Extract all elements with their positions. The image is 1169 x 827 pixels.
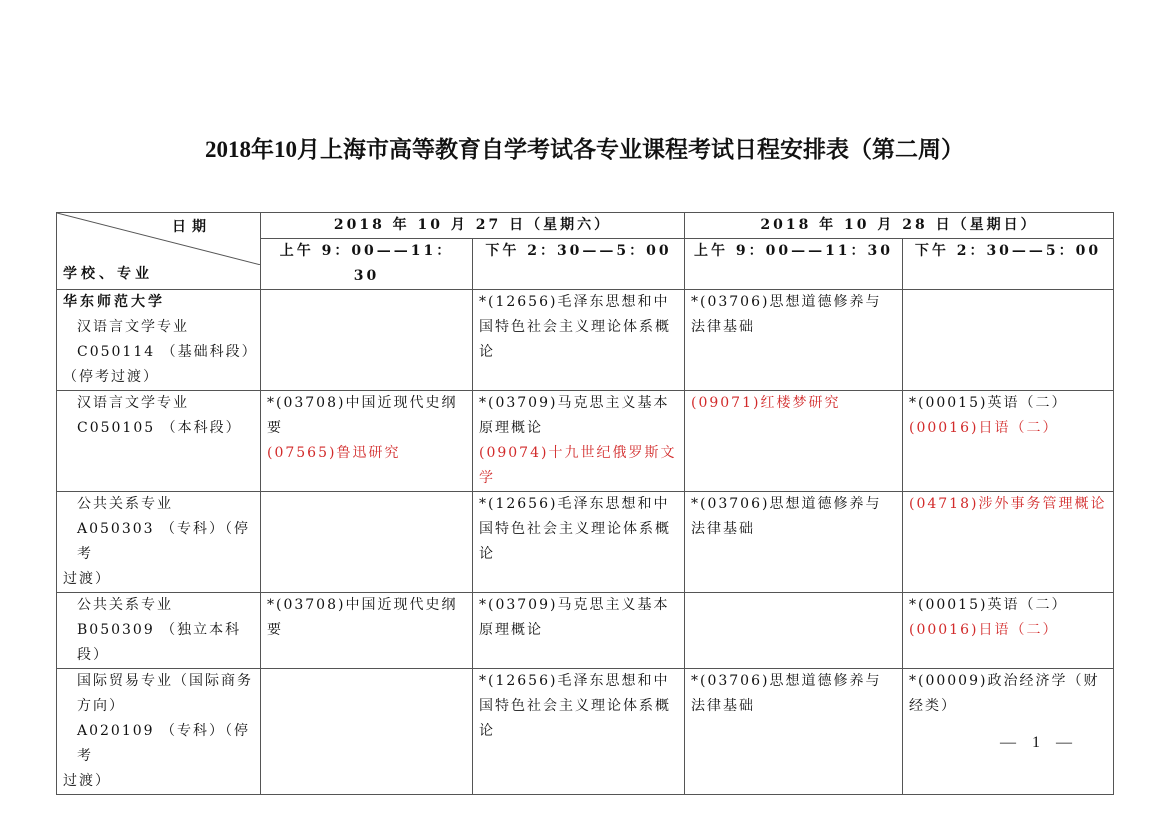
course-item: *(03706)思想道德修养与法律基础 [691,492,896,542]
course-item-new: (09071)红楼梦研究 [691,391,896,416]
table-row: 汉语言文学专业 C050105 （本科段） *(03708)中国近现代史纲要 (… [57,391,1114,492]
course-item-new: (04718)涉外事务管理概论 [909,492,1107,517]
course-item-new: (00016)日语（二） [909,416,1107,441]
school-name: 华东师范大学 [63,290,254,315]
table-row: 华东师范大学 汉语言文学专业 C050114 （基础科段） （停考过渡） *(1… [57,290,1114,391]
exam-cell: *(03708)中国近现代史纲要 [261,593,473,669]
major-cell: 汉语言文学专业 C050105 （本科段） [57,391,261,492]
major-line: 公共关系专业 [63,492,254,517]
exam-cell: *(03706)思想道德修养与法律基础 [685,290,903,391]
course-item: *(00015)英语（二） [909,593,1107,618]
major-line: 汉语言文学专业 [63,315,254,340]
exam-schedule-table: 日期 学校、专业 2018 年 10 月 27 日（星期六） 2018 年 10… [56,212,1114,795]
page-number: — 1 — [1000,734,1078,752]
course-item: *(03709)马克思主义基本原理概论 [479,391,678,441]
major-cell: 华东师范大学 汉语言文学专业 C050114 （基础科段） （停考过渡） [57,290,261,391]
course-item-new: (07565)鲁迅研究 [267,441,466,466]
major-line: B050309 （独立本科段） [63,618,254,668]
exam-cell: *(03709)马克思主义基本原理概论 (09074)十九世纪俄罗斯文学 [473,391,685,492]
exam-cell [261,669,473,795]
major-line: A020109 （专科）（停考 [63,719,254,769]
exam-cell: *(03706)思想道德修养与法律基础 [685,669,903,795]
exam-cell [685,593,903,669]
course-item: *(00009)政治经济学（财经类） [909,669,1107,719]
major-cell: 公共关系专业 A050303 （专科）（停考 过渡） [57,492,261,593]
document-title: 2018年10月上海市高等教育自学考试各专业课程考试日程安排表（第二周） [0,131,1169,164]
course-item: *(12656)毛泽东思想和中国特色社会主义理论体系概论 [479,492,678,567]
major-line: 过渡） [63,567,254,592]
session-header: 上午 9：00——11：30 [261,239,473,290]
course-item: *(03709)马克思主义基本原理概论 [479,593,678,643]
table-row: 公共关系专业 B050309 （独立本科段） *(03708)中国近现代史纲要 … [57,593,1114,669]
course-item: *(00015)英语（二） [909,391,1107,416]
exam-cell: *(03706)思想道德修养与法律基础 [685,492,903,593]
exam-cell: *(03709)马克思主义基本原理概论 [473,593,685,669]
major-line: 国际贸易专业（国际商务方向） [63,669,254,719]
major-cell: 国际贸易专业（国际商务方向） A020109 （专科）（停考 过渡） [57,669,261,795]
exam-cell [261,492,473,593]
date-axis-label: 日期 [172,215,212,240]
exam-cell: *(00015)英语（二） (00016)日语（二） [903,391,1114,492]
major-line: C050105 （本科段） [63,416,254,441]
exam-cell: *(03708)中国近现代史纲要 (07565)鲁迅研究 [261,391,473,492]
major-line: 公共关系专业 [63,593,254,618]
diagonal-line [57,213,261,265]
school-axis-label: 学校、专业 [63,262,153,287]
exam-cell: *(12656)毛泽东思想和中国特色社会主义理论体系概论 [473,669,685,795]
course-item: *(03708)中国近现代史纲要 [267,593,466,643]
exam-cell: *(00009)政治经济学（财经类） [903,669,1114,795]
exam-cell: *(12656)毛泽东思想和中国特色社会主义理论体系概论 [473,290,685,391]
course-item-new: (09074)十九世纪俄罗斯文学 [479,441,678,491]
table-row: 公共关系专业 A050303 （专科）（停考 过渡） *(12656)毛泽东思想… [57,492,1114,593]
major-line: A050303 （专科）（停考 [63,517,254,567]
major-line: （停考过渡） [63,365,254,390]
course-item: *(12656)毛泽东思想和中国特色社会主义理论体系概论 [479,669,678,744]
session-header: 下午 2：30——5：00 [473,239,685,290]
corner-header-cell: 日期 学校、专业 [57,213,261,290]
major-line: 汉语言文学专业 [63,391,254,416]
course-item: *(12656)毛泽东思想和中国特色社会主义理论体系概论 [479,290,678,365]
exam-cell: *(12656)毛泽东思想和中国特色社会主义理论体系概论 [473,492,685,593]
course-item-new: (00016)日语（二） [909,618,1107,643]
course-item: *(03706)思想道德修养与法律基础 [691,669,896,719]
course-item: *(03708)中国近现代史纲要 [267,391,466,441]
exam-cell: *(00015)英语（二） (00016)日语（二） [903,593,1114,669]
exam-cell [261,290,473,391]
exam-cell: (04718)涉外事务管理概论 [903,492,1114,593]
exam-cell [903,290,1114,391]
exam-cell: (09071)红楼梦研究 [685,391,903,492]
date-header-1: 2018 年 10 月 27 日（星期六） [261,213,685,239]
session-header: 下午 2：30——5：00 [903,239,1114,290]
major-cell: 公共关系专业 B050309 （独立本科段） [57,593,261,669]
date-header-2: 2018 年 10 月 28 日（星期日） [685,213,1114,239]
major-line: C050114 （基础科段） [63,340,254,365]
session-header: 上午 9：00——11：30 [685,239,903,290]
table-row: 国际贸易专业（国际商务方向） A020109 （专科）（停考 过渡） *(126… [57,669,1114,795]
course-item: *(03706)思想道德修养与法律基础 [691,290,896,340]
major-line: 过渡） [63,769,254,794]
